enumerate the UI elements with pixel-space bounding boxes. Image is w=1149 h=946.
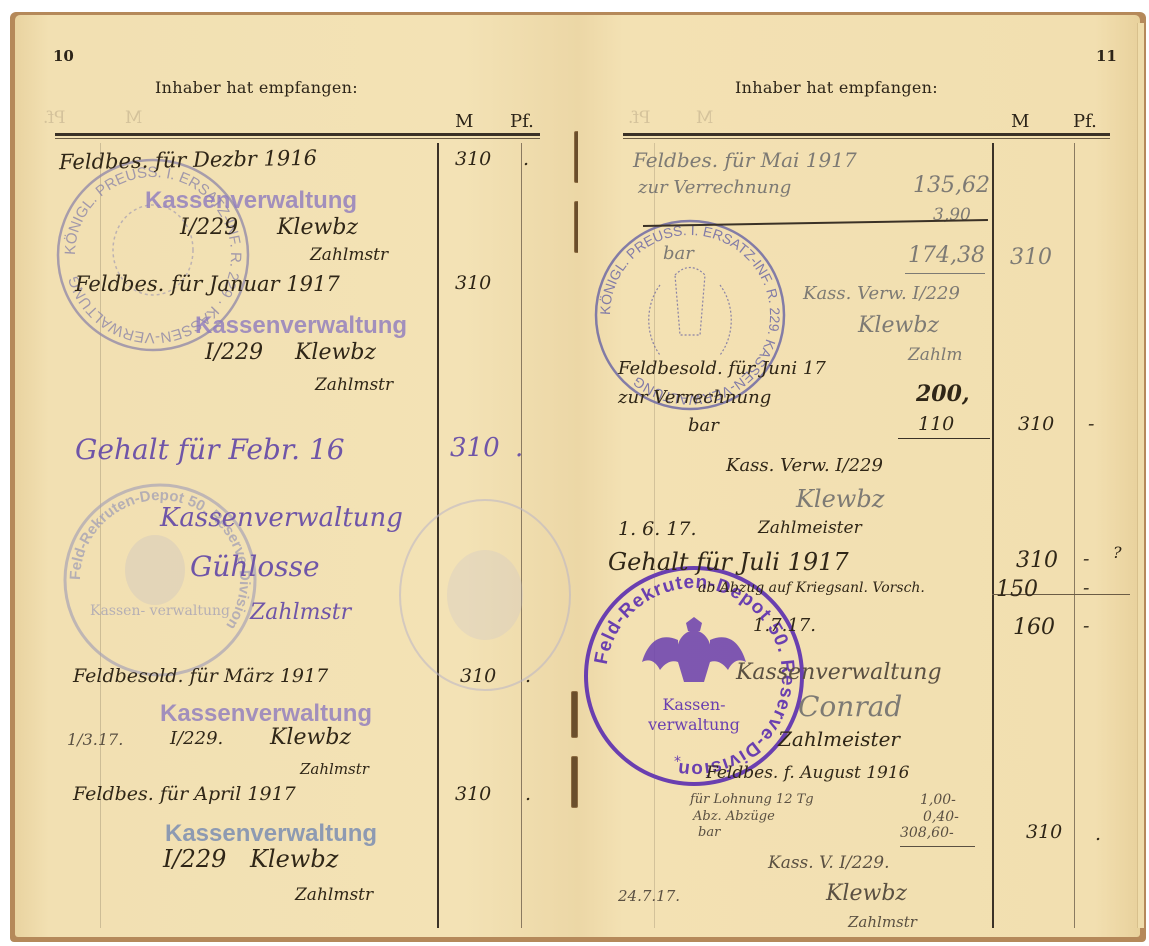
signature: Klewbz	[270, 725, 351, 750]
entry-pfennig: .	[525, 665, 531, 687]
entry-text: zur Verrechnung	[618, 387, 771, 408]
entry-date: 1.7.17.	[753, 615, 816, 636]
star-icon: *	[674, 754, 681, 770]
staple	[572, 757, 577, 807]
stamp-center-line2: verwaltung	[647, 715, 740, 734]
sub-amount: 110	[918, 413, 954, 435]
entry-text: Gehalt für Juli 1917	[608, 548, 849, 576]
entry-pfennig: .	[515, 433, 523, 463]
entry-amount: 310	[1016, 548, 1058, 573]
entry-text: Feldbes. für Januar 1917	[75, 272, 340, 296]
unit-number: I/229	[205, 340, 263, 365]
signature: Klewbz	[858, 313, 939, 338]
eagle-icon	[649, 268, 732, 356]
sub-amount: 1,00-	[920, 792, 956, 808]
paymaster-title: Zahlmstr	[295, 885, 373, 905]
entry-text: Gehalt für Febr. 16	[75, 433, 345, 466]
ghost-header-m: M	[125, 108, 142, 128]
entry-pfennig: .	[523, 148, 529, 170]
paymaster-title: Zahlmstr	[300, 760, 369, 778]
header-rule	[55, 133, 540, 136]
entry-text: bar	[688, 415, 719, 436]
paymaster-title: Zahlm	[908, 345, 962, 365]
violet-note: Kassenverwaltung	[160, 503, 403, 533]
entry-amount: 150	[996, 577, 1038, 602]
sub-amount: 200,	[916, 381, 970, 407]
paymaster-title: Zahlmeister	[778, 727, 900, 751]
entry-text: zur Verrechnung	[638, 177, 791, 198]
kassenverwaltung-stamp: Kassenverwaltung	[165, 820, 377, 848]
ghost-header-pf: Pf.	[43, 108, 66, 128]
entry-pfennig: -	[1088, 413, 1094, 435]
sub-amount: 308,60-	[900, 825, 954, 841]
column-divider-pf	[1074, 143, 1075, 928]
entry-pfennig: .	[525, 783, 531, 805]
paymaster-title: Zahlmstr	[848, 913, 917, 931]
signature: Conrad	[798, 690, 902, 723]
sub-amount: 174,38	[908, 243, 985, 268]
left-page: 10 Inhaber hat empfangen: Pf. M M Pf. KÖ…	[15, 15, 578, 937]
entry-amount: 310	[450, 433, 500, 463]
signature: Klewbz	[796, 485, 884, 513]
entry-amount: 310	[455, 272, 491, 294]
column-header-mark: M	[1011, 111, 1029, 132]
entry-text: Feldbes. für Dezbr 1916	[59, 146, 317, 174]
question-mark: ?	[1113, 543, 1122, 562]
entry-text: Kass. V. I/229.	[768, 853, 890, 873]
column-divider	[992, 143, 994, 928]
entry-text: Feldbes. f. August 1916	[706, 763, 910, 783]
unit-number: I/229.	[170, 728, 223, 749]
entry-pfennig: -	[1083, 548, 1089, 570]
entry-text: bar	[663, 243, 694, 264]
signature: Klewbz	[277, 215, 358, 240]
entry-text: Feldbesold. für März 1917	[73, 665, 328, 687]
entry-text: Feldbes. für Mai 1917	[633, 148, 857, 172]
entry-pfennig: -	[1083, 577, 1089, 599]
entry-text: Feldbes. für April 1917	[73, 783, 296, 805]
entry-text: bar	[698, 825, 720, 840]
entry-date: 1/3.17.	[67, 730, 123, 749]
column-header-mark: M	[455, 111, 473, 132]
entry-amount: 310	[1018, 413, 1054, 435]
entry-amount: 310	[1026, 821, 1062, 843]
entry-amount: 160	[1013, 615, 1055, 640]
unit-number: I/229	[180, 215, 238, 240]
pay-book: 10 Inhaber hat empfangen: Pf. M M Pf. KÖ…	[10, 12, 1146, 942]
kassenverwaltung-stamp: Kassenverwaltung	[145, 187, 357, 215]
sub-amount: 3,90	[933, 205, 971, 225]
page-heading: Inhaber hat empfangen:	[155, 78, 358, 97]
staple	[572, 692, 577, 737]
entry-pfennig: .	[1095, 823, 1101, 845]
paymaster-title: Zahlmstr	[310, 245, 388, 265]
right-page: 11 Inhaber hat empfangen: Pf. M M Pf. KÖ…	[578, 15, 1140, 937]
header-rule	[623, 133, 1110, 136]
svg-text:Kassen- verwaltung: Kassen- verwaltung	[90, 603, 230, 619]
sub-amount: 135,62	[913, 173, 990, 198]
header-rule-thin	[55, 138, 540, 139]
entry-date: 24.7.17.	[618, 887, 680, 905]
entry-text: Abz. Abzüge	[693, 809, 775, 824]
signature: Klewbz	[250, 845, 338, 873]
entry-text: für Lohnung 12 Tg	[690, 792, 814, 807]
ghost-header-m: M	[696, 108, 713, 128]
sub-amount: 0,40-	[923, 809, 959, 825]
entry-amount: 310	[455, 783, 491, 805]
entry-text: Kass. Verw. I/229	[803, 283, 960, 304]
entry-amount: 310	[1010, 245, 1052, 270]
signature: Gühlosse	[190, 550, 320, 583]
kassenverwaltung-stamp: Kassenverwaltung	[160, 700, 372, 728]
entry-amount: 310	[455, 148, 491, 170]
page-number: 10	[53, 47, 74, 65]
page-number: 11	[1096, 47, 1117, 65]
paymaster-title: Zahlmstr	[250, 600, 351, 625]
entry-pfennig: -	[1083, 615, 1089, 637]
ghost-header-pf: Pf.	[628, 108, 651, 128]
paymaster-title: Zahlmstr	[315, 375, 393, 395]
eagle-icon	[642, 617, 746, 682]
column-header-pfennig: Pf.	[1073, 111, 1097, 132]
paymaster-title: Zahlmeister	[758, 518, 862, 538]
entry-text: ab Abzug auf Kriegsanl. Vorsch.	[698, 580, 925, 596]
entry-amount: 310	[460, 665, 496, 687]
entry-text: Kass. Verw. I/229	[726, 455, 883, 476]
signature: Klewbz	[826, 881, 907, 906]
entry-text: Feldbesold. für Juni 17	[618, 358, 826, 379]
column-header-pfennig: Pf.	[510, 111, 534, 132]
entry-date: 1. 6. 17.	[618, 518, 697, 540]
unit-number: I/229	[163, 845, 226, 873]
header-rule-thin	[623, 138, 1110, 139]
signature: Klewbz	[295, 340, 376, 365]
kassenverwaltung-note: Kassenverwaltung	[736, 660, 942, 685]
kassenverwaltung-stamp: Kassenverwaltung	[195, 312, 407, 340]
page-heading: Inhaber hat empfangen:	[735, 78, 938, 97]
stamp-center-line1: Kassen-	[662, 695, 725, 714]
